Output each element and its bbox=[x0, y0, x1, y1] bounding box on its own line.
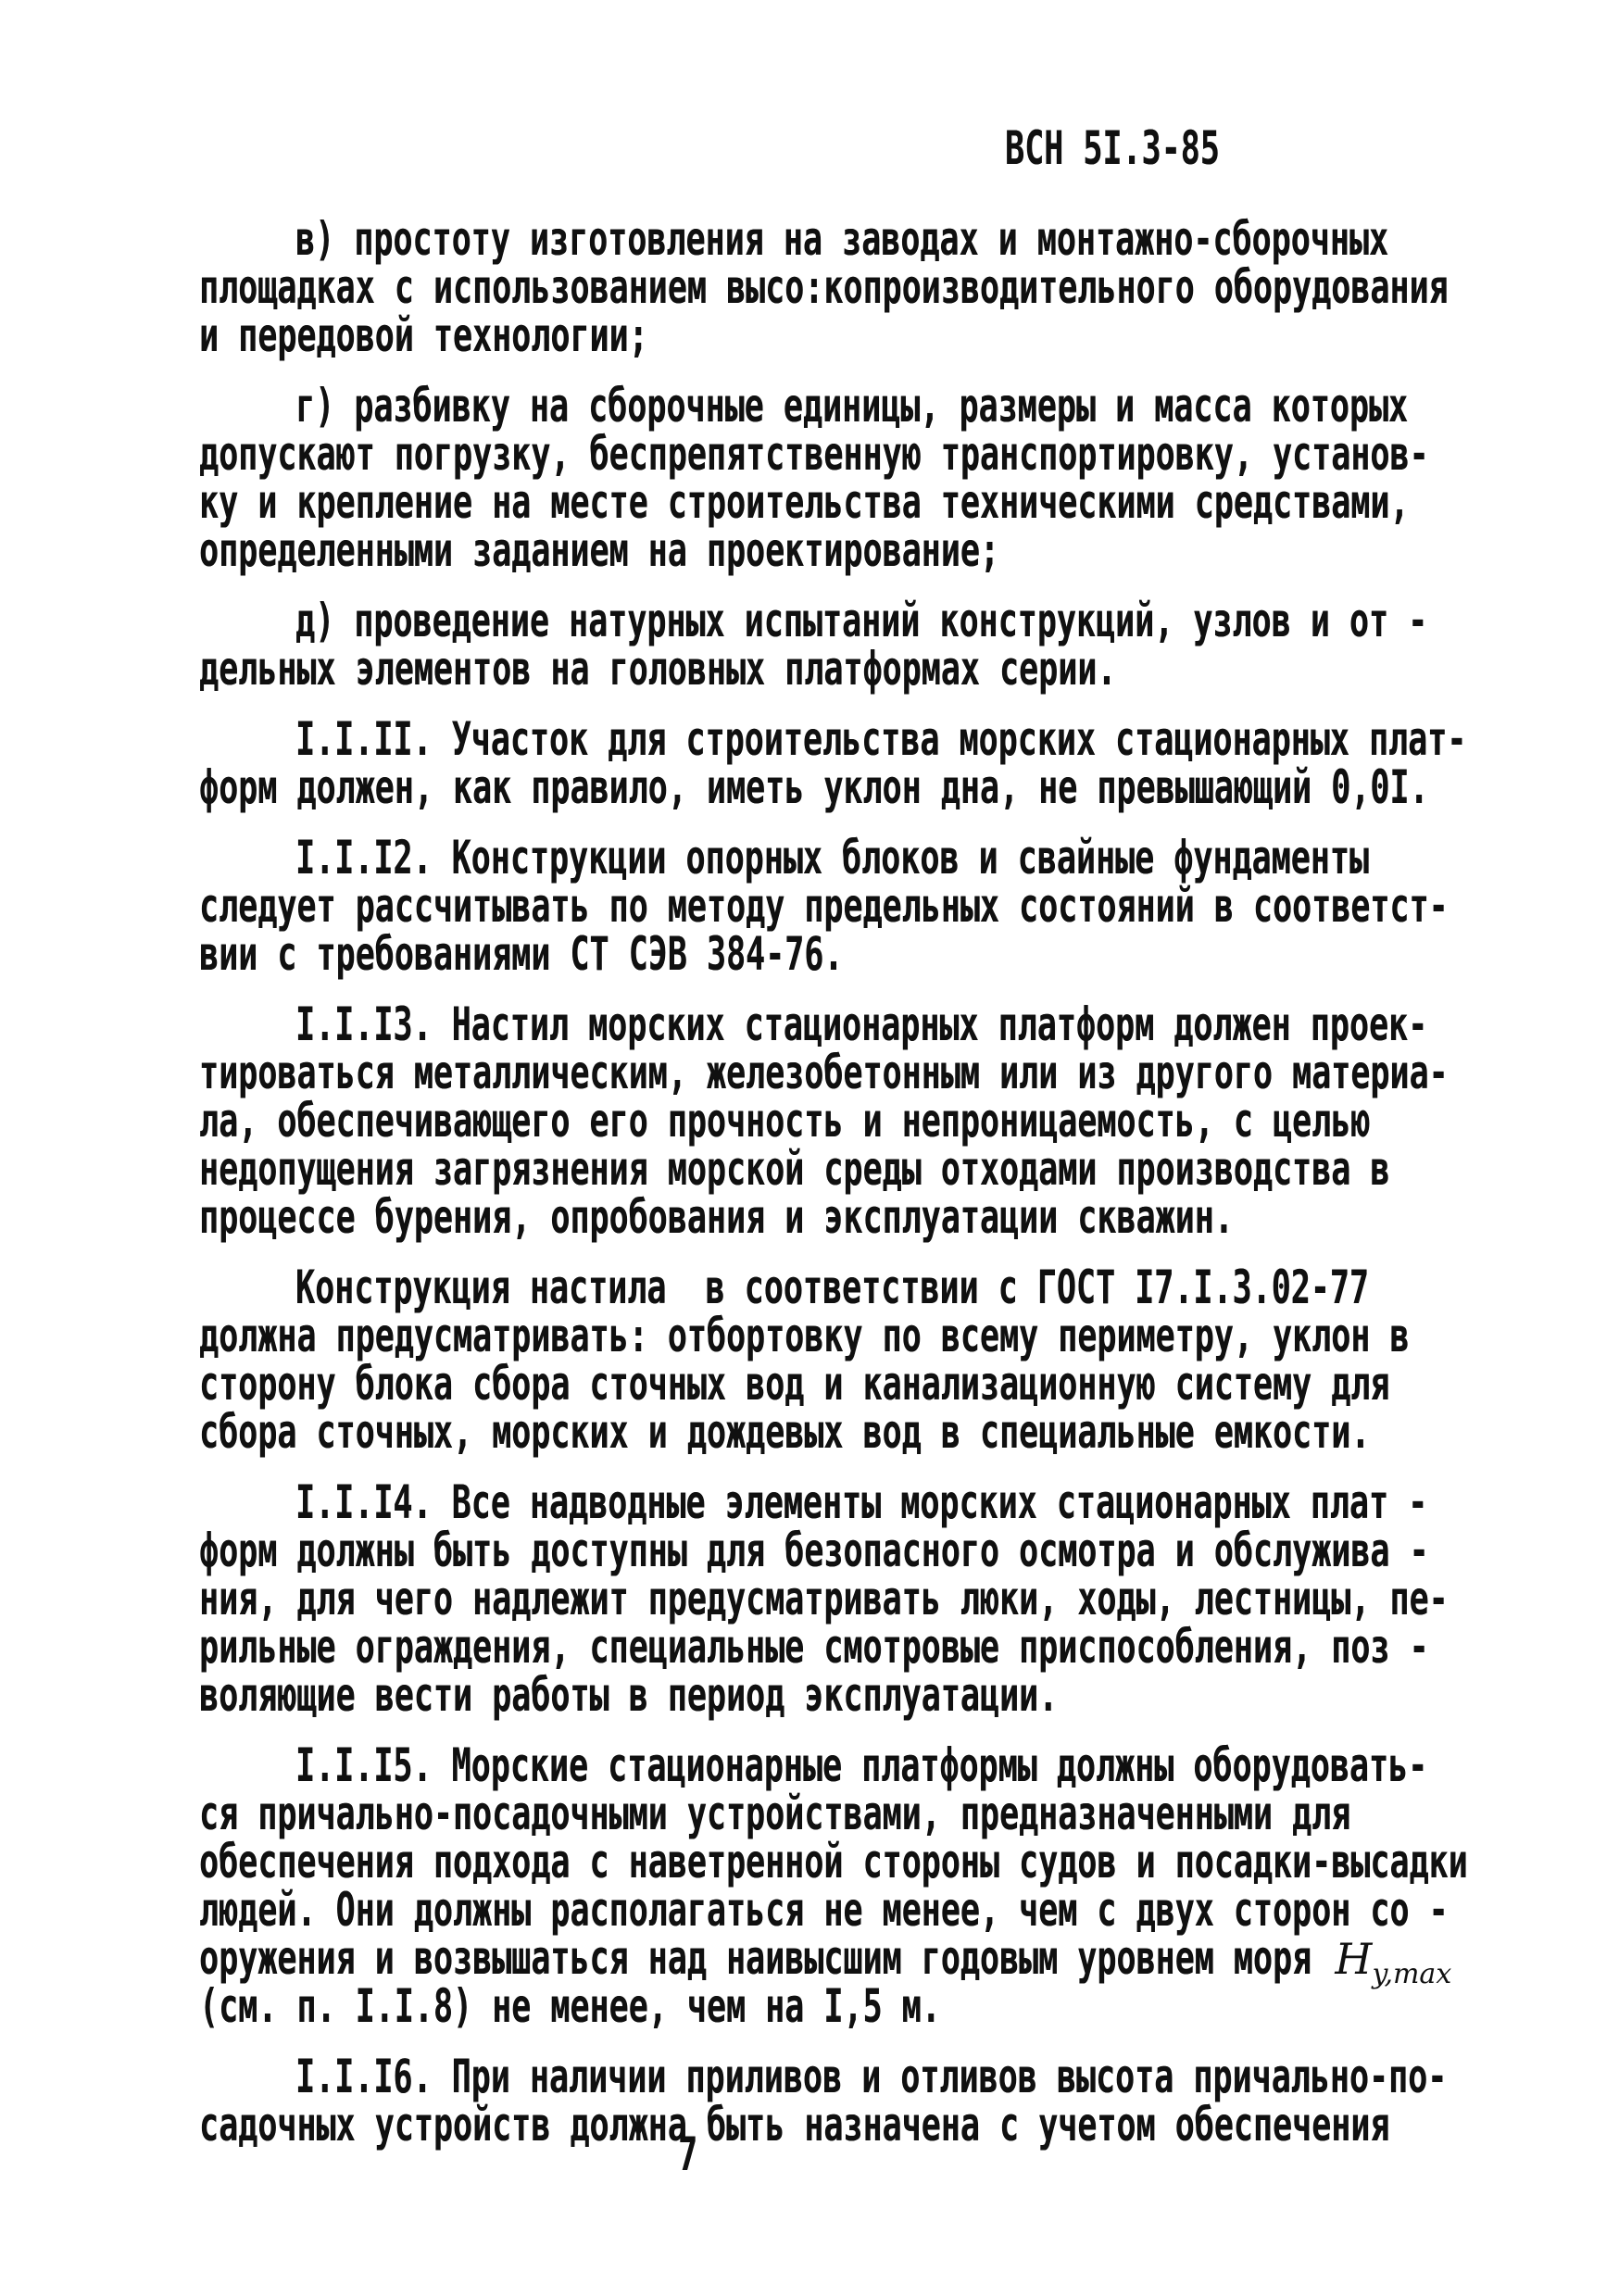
paragraph-1-1-16: I.I.I6. При наличии приливов и отливов в… bbox=[199, 2052, 1496, 2149]
text-line: и передовой технологии; bbox=[199, 311, 1496, 359]
text-line: I.I.I4. Все надводные элементы морских с… bbox=[199, 1478, 1496, 1526]
paragraph-g: г) разбивку на сборочные единицы, размер… bbox=[199, 382, 1496, 574]
text-line: вии с требованиями СТ СЭВ 384-76. bbox=[199, 930, 1496, 978]
text-line: оружения и возвышаться над наивысшим год… bbox=[199, 1934, 1496, 1982]
text-line: I.I.II. Участок для строительства морски… bbox=[199, 715, 1496, 763]
text-line: I.I.I5. Морские стационарные платформы д… bbox=[199, 1741, 1496, 1789]
paragraph-v: в) простоту изготовления на заводах и мо… bbox=[199, 215, 1496, 359]
text-line: форм должны быть доступны для безопасног… bbox=[199, 1526, 1496, 1575]
text-line: процессе бурения, опробования и эксплуат… bbox=[199, 1193, 1496, 1241]
text-line: в) простоту изготовления на заводах и мо… bbox=[199, 215, 1496, 263]
text-line: ла, обеспечивающего его прочность и непр… bbox=[199, 1097, 1496, 1145]
formula-h-y-max: Hy,max bbox=[1335, 1935, 1451, 1999]
text-line: людей. Они должны располагаться не менее… bbox=[199, 1886, 1496, 1934]
text-line: определенными заданием на проектирование… bbox=[199, 526, 1496, 574]
text-line: должна предусматривать: отбортовку по вс… bbox=[199, 1311, 1496, 1360]
text-line: обеспечения подхода с наветренной сторон… bbox=[199, 1838, 1496, 1886]
text-line: садочных устройств должна быть назначена… bbox=[199, 2101, 1496, 2149]
text-line: форм должен, как правило, иметь уклон дн… bbox=[199, 763, 1496, 811]
document-page: ВСН 5I.3-85 в) простоту изготовления на … bbox=[0, 0, 1619, 2296]
text-line: допускают погрузку, беспрепятственную тр… bbox=[199, 430, 1496, 478]
text-line: сбора сточных, морских и дождевых вод в … bbox=[199, 1408, 1496, 1456]
text-line: г) разбивку на сборочные единицы, размер… bbox=[199, 382, 1496, 430]
formula-subscript: y,max bbox=[1372, 1958, 1451, 1990]
text-line: I.I.I3. Настил морских стационарных плат… bbox=[199, 1000, 1496, 1048]
text-line: I.I.I6. При наличии приливов и отливов в… bbox=[199, 2052, 1496, 2101]
doc-body: в) простоту изготовления на заводах и мо… bbox=[199, 215, 1496, 2171]
text-line: следует рассчитывать по методу предельны… bbox=[199, 882, 1496, 930]
paragraph-deck-design: Конструкция настила в соответствии с ГОС… bbox=[199, 1263, 1496, 1456]
text-line: ния, для чего надлежит предусматривать л… bbox=[199, 1575, 1496, 1623]
text-line: воляющие вести работы в период эксплуата… bbox=[199, 1671, 1496, 1719]
text-line: д) проведение натурных испытаний констру… bbox=[199, 596, 1496, 645]
text-line: ку и крепление на месте строительства те… bbox=[199, 478, 1496, 526]
text-line: сторону блока сбора сточных вод и канали… bbox=[199, 1360, 1496, 1408]
text-line: ся причально-посадочными устройствами, п… bbox=[199, 1789, 1496, 1838]
paragraph-1-1-15: I.I.I5. Морские стационарные платформы д… bbox=[199, 1741, 1496, 2030]
page-number-text: 7 bbox=[678, 2130, 697, 2178]
line-text: оружения и возвышаться над наивысшим год… bbox=[199, 1931, 1331, 1985]
text-line: рильные ограждения, специальные смотровы… bbox=[199, 1623, 1496, 1671]
page-number: 7 bbox=[678, 2130, 706, 2178]
paragraph-1-1-12: I.I.I2. Конструкции опорных блоков и сва… bbox=[199, 834, 1496, 978]
paragraph-1-1-14: I.I.I4. Все надводные элементы морских с… bbox=[199, 1478, 1496, 1719]
doc-code: ВСН 5I.3-85 bbox=[1005, 124, 1312, 172]
text-line: I.I.I2. Конструкции опорных блоков и сва… bbox=[199, 834, 1496, 882]
text-line: площадках с использованием высо:копроизв… bbox=[199, 263, 1496, 311]
text-line: тироваться металлическим, железобетонным… bbox=[199, 1048, 1496, 1097]
paragraph-d: д) проведение натурных испытаний констру… bbox=[199, 596, 1496, 693]
paragraph-1-1-13: I.I.I3. Настил морских стационарных плат… bbox=[199, 1000, 1496, 1241]
text-line: недопущения загрязнения морской среды от… bbox=[199, 1145, 1496, 1193]
text-line: Конструкция настила в соответствии с ГОС… bbox=[199, 1263, 1496, 1311]
paragraph-1-1-11: I.I.II. Участок для строительства морски… bbox=[199, 715, 1496, 811]
text-line: дельных элементов на головных платформах… bbox=[199, 645, 1496, 693]
doc-code-text: ВСН 5I.3-85 bbox=[1005, 124, 1220, 172]
formula-base: H bbox=[1335, 1934, 1372, 1984]
